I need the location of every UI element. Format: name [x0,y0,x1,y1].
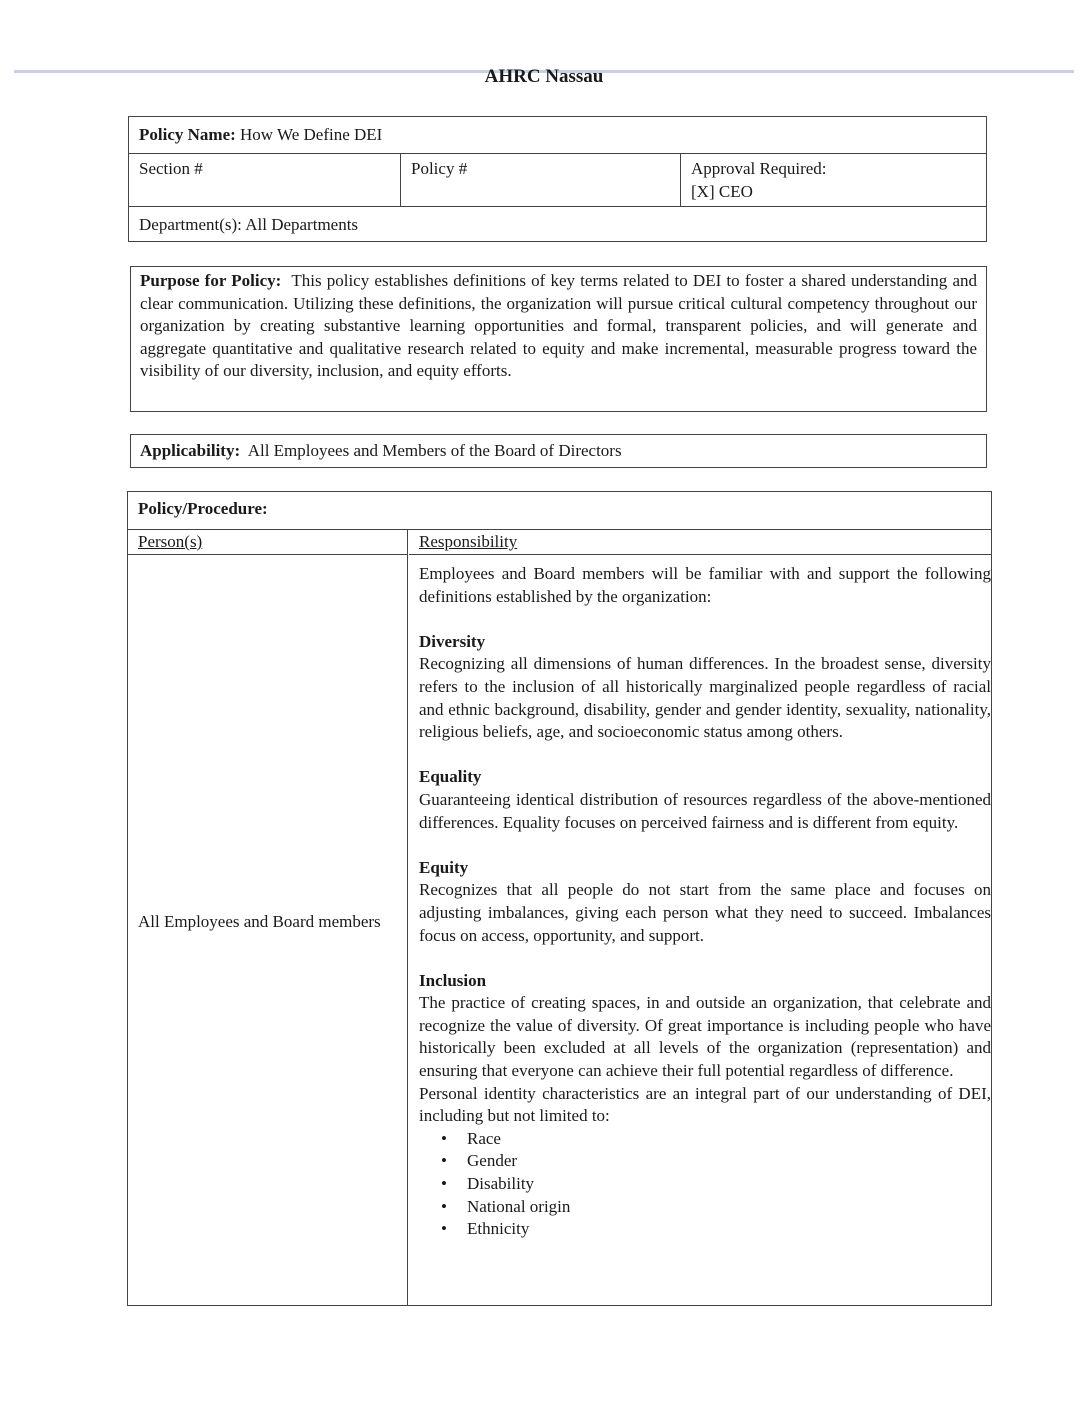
applicability-section: Applicability: All Employees and Members… [130,434,987,468]
responsibility-intro: Employees and Board members will be fami… [419,563,991,608]
policy-header-table: Policy Name: How We Define DEI Section #… [128,116,987,242]
definition-text-inclusion: The practice of creating spaces, in and … [419,992,991,1082]
column-header-responsibility: Responsibility [409,530,991,555]
purpose-section: Purpose for Policy: This policy establis… [130,266,987,412]
organization-title: AHRC Nassau [0,66,1088,88]
policy-number-cell: Policy # [401,154,681,206]
list-item: Gender [467,1150,991,1173]
definition-text-equality: Guaranteeing identical distribution of r… [419,789,991,834]
procedure-table: Policy/Procedure: Person(s) Responsibili… [127,491,992,1306]
identity-list: Race Gender Disability National origin E… [419,1128,991,1241]
definition-text-diversity: Recognizing all dimensions of human diff… [419,653,991,743]
list-item: Ethnicity [467,1218,991,1241]
department-label: Department(s): [139,215,242,234]
policy-name-value: How We Define DEI [240,125,382,144]
definition-term-equality: Equality [419,766,991,789]
definition-term-inclusion: Inclusion [419,970,991,993]
purpose-label: Purpose for Policy: [140,271,281,290]
definition-term-diversity: Diversity [419,631,991,654]
list-item: National origin [467,1196,991,1219]
approval-value: [X] CEO [691,180,976,203]
section-label: Section # [139,159,203,178]
list-item: Race [467,1128,991,1151]
policy-name-row: Policy Name: How We Define DEI [129,117,986,154]
identity-intro: Personal identity characteristics are an… [419,1083,991,1128]
department-row: Department(s): All Departments [129,207,986,241]
person-cell: All Employees and Board members [128,910,407,933]
applicability-text: All Employees and Members of the Board o… [248,441,622,460]
definition-text-equity: Recognizes that all people do not start … [419,879,991,947]
approval-cell: Approval Required: [X] CEO [681,154,986,206]
department-value: All Departments [245,215,358,234]
column-header-persons: Person(s) [128,530,407,555]
section-number-cell: Section # [129,154,401,206]
definition-term-equity: Equity [419,857,991,880]
applicability-label: Applicability: [140,441,240,460]
policy-label: Policy # [411,159,467,178]
approval-label: Approval Required: [691,157,976,180]
column-divider [407,530,408,1305]
responsibility-cell: Employees and Board members will be fami… [409,563,1001,1241]
procedure-title: Policy/Procedure: [128,492,991,530]
policy-meta-row: Section # Policy # Approval Required: [X… [129,154,986,207]
list-item: Disability [467,1173,991,1196]
policy-name-label: Policy Name: [139,125,236,144]
